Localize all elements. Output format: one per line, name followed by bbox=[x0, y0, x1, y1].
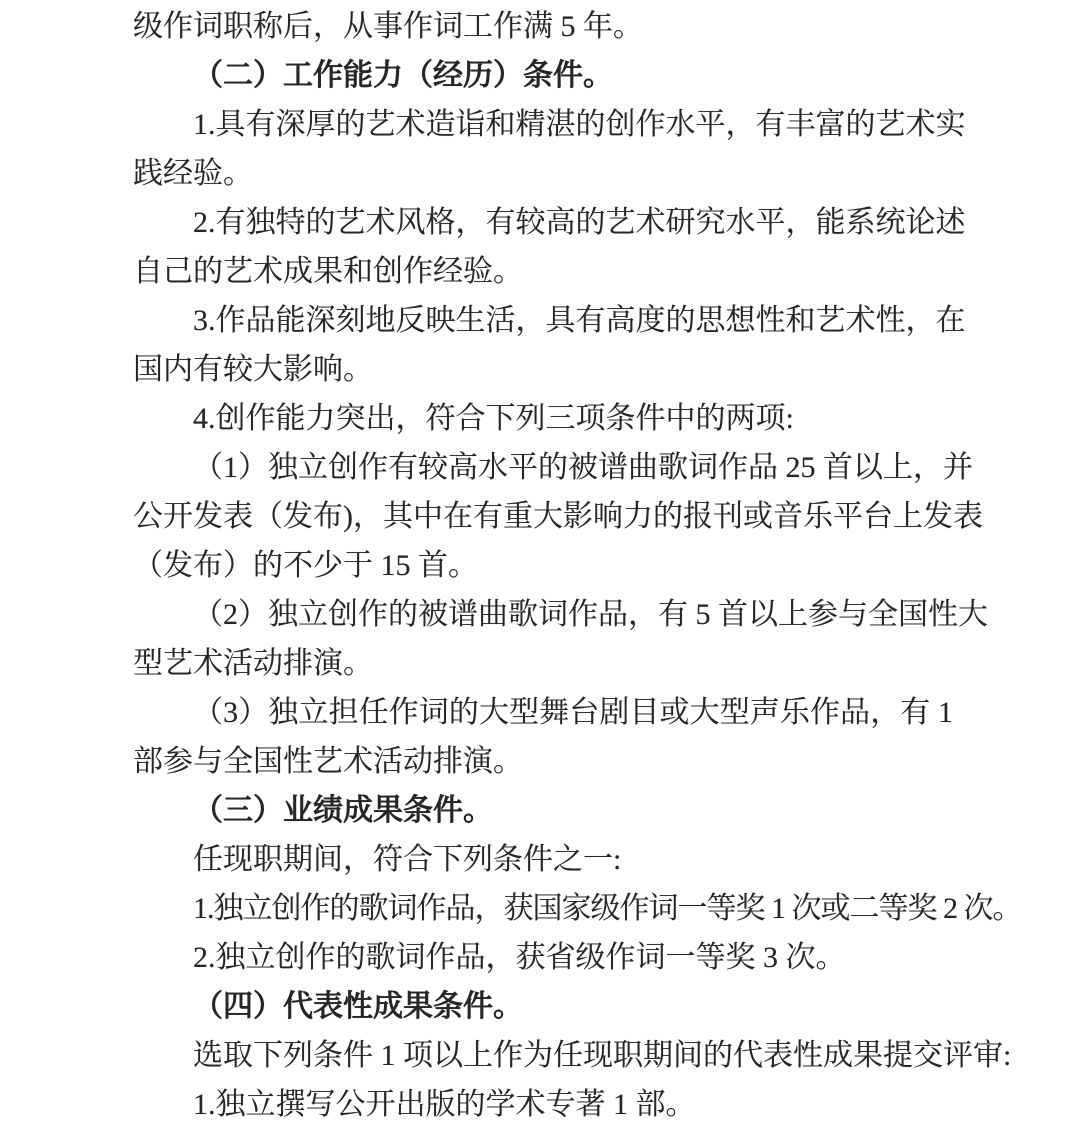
doc-line: 2.独立创作的歌词作品，获省级作词一等奖 3 次。 bbox=[133, 933, 953, 982]
doc-line: （2）独立创作的被谱曲歌词作品，有 5 首以上参与全国性大 bbox=[133, 590, 953, 639]
doc-line: 2.有独特的艺术风格，有较高的艺术研究水平，能系统论述 bbox=[133, 198, 953, 247]
doc-line: 型艺术活动排演。 bbox=[133, 639, 953, 688]
doc-line: 践经验。 bbox=[133, 149, 953, 198]
doc-line: 3.作品能深刻地反映生活，具有高度的思想性和艺术性，在 bbox=[133, 296, 953, 345]
section-heading-4: （四）代表性成果条件。 bbox=[133, 982, 953, 1031]
doc-line: （发布）的不少于 15 首。 bbox=[133, 541, 953, 590]
section-heading-3: （三）业绩成果条件。 bbox=[133, 786, 953, 835]
section-heading-2: （二）工作能力（经历）条件。 bbox=[133, 51, 953, 100]
doc-line: 部参与全国性艺术活动排演。 bbox=[133, 737, 953, 786]
doc-line: 4.创作能力突出，符合下列三项条件中的两项: bbox=[133, 394, 953, 443]
doc-line: 1.具有深厚的艺术造诣和精湛的创作水平，有丰富的艺术实 bbox=[133, 100, 953, 149]
doc-line: 自己的艺术成果和创作经验。 bbox=[133, 247, 953, 296]
doc-line: 1.独立创作的歌词作品，获国家级作词一等奖 1 次或二等奖 2 次。 bbox=[133, 884, 953, 933]
doc-line: （3）独立担任作词的大型舞台剧目或大型声乐作品，有 1 bbox=[133, 688, 953, 737]
doc-line: 选取下列条件 1 项以上作为任现职期间的代表性成果提交评审: bbox=[133, 1031, 953, 1080]
doc-line: （1）独立创作有较高水平的被谱曲歌词作品 25 首以上，并 bbox=[133, 443, 953, 492]
doc-line: 级作词职称后，从事作词工作满 5 年。 bbox=[133, 2, 953, 51]
doc-line: 1.独立撰写公开出版的学术专著 1 部。 bbox=[133, 1080, 953, 1128]
doc-line: 任现职期间，符合下列条件之一: bbox=[133, 835, 953, 884]
document-page: 级作词职称后，从事作词工作满 5 年。 （二）工作能力（经历）条件。 1.具有深… bbox=[0, 0, 1080, 1128]
doc-line: 国内有较大影响。 bbox=[133, 345, 953, 394]
doc-line: 公开发表（发布)，其中在有重大影响力的报刊或音乐平台上发表 bbox=[133, 492, 953, 541]
